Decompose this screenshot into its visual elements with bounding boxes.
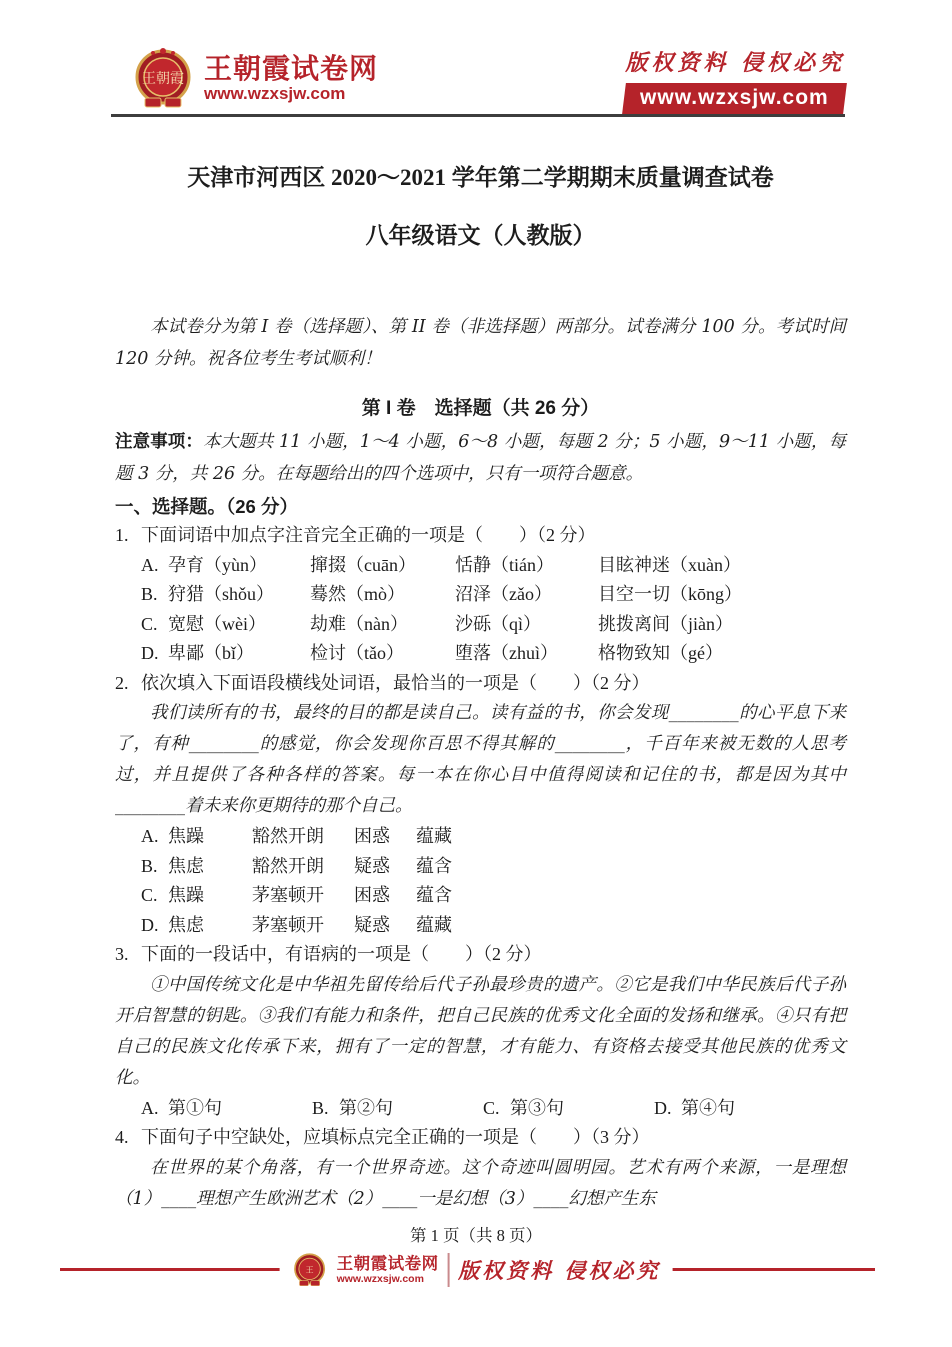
question-3-options: A. 第①句 B. 第②句 C. 第③句 D. 第④句 xyxy=(115,1094,846,1124)
question-3-stem-row: 3. 下面的一段话中，有语病的一项是（ ）（2 分） xyxy=(115,940,846,970)
option-row-a: A. 焦躁 豁然开朗 困惑 蕴藏 xyxy=(115,822,846,852)
option-row-b: B. 狩猎（shǒu） 蓦然（mò） 沼泽（zǎo） 目空一切（kōng） xyxy=(115,580,846,610)
footer-brand: 王 王朝霞试卷网 www.wzxsjw.com 版权资料 侵权必究 xyxy=(280,1246,673,1294)
option-cell: 目眩神迷（xuàn） xyxy=(598,551,846,581)
question-2-stem-row: 2. 依次填入下面语段横线处词语，最恰当的一项是（ ）（2 分） xyxy=(115,669,846,699)
option-cell: 沙砾（qì） xyxy=(455,610,598,640)
option-cell: 沼泽（zǎo） xyxy=(455,580,598,610)
option-row-b: B. 焦虑 豁然开朗 疑惑 蕴含 xyxy=(115,852,846,882)
option-row-d: D. 卑鄙（bǐ） 检讨（tǎo） 堕落（zhuì） 格物致知（gé） xyxy=(115,639,846,669)
option-cell: 焦虑 xyxy=(168,852,252,882)
option-row-d: D. 焦虑 茅塞顿开 疑惑 蕴藏 xyxy=(115,911,846,941)
option-label: B. xyxy=(312,1094,339,1124)
option-cell: 疑惑 xyxy=(354,852,416,882)
question-4: 4. 下面句子中空缺处，应填标点完全正确的一项是（ ）（3 分） 在世界的某个角… xyxy=(115,1123,846,1215)
question-3-passage: ①中国传统文化是中华祖先留传给后代子孙最珍贵的遗产。②它是我们中华民族后代子孙开… xyxy=(115,970,846,1094)
copyright-slogan: 版权资料 侵权必究 xyxy=(624,50,845,76)
option-a: A. 第①句 xyxy=(141,1094,312,1124)
question-number: 3. xyxy=(115,940,141,970)
option-label: C. xyxy=(483,1094,510,1124)
option-row-c: C. 宽慰（wèi） 劫难（nàn） 沙砾（qì） 挑拨离间（jiàn） xyxy=(115,610,846,640)
option-cell: 焦躁 xyxy=(168,822,252,852)
option-label: A. xyxy=(141,822,168,852)
option-cell: 撺掇（cuān） xyxy=(310,551,455,581)
option-text: 第④句 xyxy=(681,1094,735,1124)
question-number: 4. xyxy=(115,1123,141,1153)
notes-text: 本大题共 11 小题，1～4 小题，6～8 小题，每题 2 分；5 小题，9～1… xyxy=(115,432,846,484)
option-label: C. xyxy=(141,610,168,640)
option-text: 第①句 xyxy=(168,1094,222,1124)
option-cell: 孕育（yùn） xyxy=(168,551,310,581)
option-cell: 狩猎（shǒu） xyxy=(168,580,310,610)
svg-text:王朝霞: 王朝霞 xyxy=(142,70,184,87)
option-cell: 豁然开朗 xyxy=(252,852,354,882)
option-cell: 困惑 xyxy=(354,822,416,852)
section1-notes: 注意事项：本大题共 11 小题，1～4 小题，6～8 小题，每题 2 分；5 小… xyxy=(115,426,846,490)
question-stem: 下面句子中空缺处，应填标点完全正确的一项是（ ）（3 分） xyxy=(141,1123,846,1153)
brand-seal-icon: 王朝霞 xyxy=(131,46,195,112)
footer-site-name: 王朝霞试卷网 xyxy=(337,1255,439,1273)
option-b: B. 第②句 xyxy=(312,1094,483,1124)
footer-site-url: www.wzxsjw.com xyxy=(337,1273,439,1285)
option-label: D. xyxy=(141,911,168,941)
option-cell: 茅塞顿开 xyxy=(252,881,354,911)
option-text: 第②句 xyxy=(339,1094,393,1124)
option-row-a: A. 孕育（yùn） 撺掇（cuān） 恬静（tián） 目眩神迷（xuàn） xyxy=(115,551,846,581)
page-number: 第 1 页（共 8 页） xyxy=(0,1224,952,1248)
option-cell: 宽慰（wèi） xyxy=(168,610,310,640)
exam-intro: 本试卷分为第 I 卷（选择题）、第 II 卷（非选择题）两部分。试卷满分 100… xyxy=(115,311,846,375)
option-cell: 堕落（zhuì） xyxy=(455,639,598,669)
exam-content: 天津市河西区 2020～2021 学年第二学期期末质量调查试卷 八年级语文（人教… xyxy=(115,163,846,1215)
option-d: D. 第④句 xyxy=(654,1094,846,1124)
footer-brand-text: 王朝霞试卷网 www.wzxsjw.com xyxy=(337,1255,439,1285)
question-2-options: A. 焦躁 豁然开朗 困惑 蕴藏 B. 焦虑 豁然开朗 疑惑 蕴含 C. 焦躁 … xyxy=(115,822,846,940)
url-banner: www.wzxsjw.com xyxy=(622,83,846,114)
option-cell: 疑惑 xyxy=(354,911,416,941)
option-cell: 焦虑 xyxy=(168,911,252,941)
option-cell: 恬静（tián） xyxy=(455,551,598,581)
option-label: A. xyxy=(141,551,168,581)
exam-subtitle: 八年级语文（人教版） xyxy=(115,221,846,251)
option-cell: 挑拨离间（jiàn） xyxy=(598,610,846,640)
option-label: D. xyxy=(654,1094,681,1124)
part1-heading: 一、选择题。（26 分） xyxy=(115,492,846,521)
option-cell: 蓦然（mò） xyxy=(310,580,455,610)
question-4-passage: 在世界的某个角落，有一个世界奇迹。这个奇迹叫圆明园。艺术有两个来源，一是理想（1… xyxy=(115,1153,846,1215)
question-stem: 依次填入下面语段横线处词语，最恰当的一项是（ ）（2 分） xyxy=(141,669,846,699)
option-label: B. xyxy=(141,852,168,882)
footer-copyright-slogan: 版权资料 侵权必究 xyxy=(458,1255,660,1285)
section1-title: 第 I 卷 选择题（共 26 分） xyxy=(115,395,846,423)
question-4-stem-row: 4. 下面句子中空缺处，应填标点完全正确的一项是（ ）（3 分） xyxy=(115,1123,846,1153)
question-number: 2. xyxy=(115,669,141,699)
option-cell: 蕴藏 xyxy=(416,911,846,941)
option-label: A. xyxy=(141,1094,168,1124)
footer-divider xyxy=(448,1253,450,1287)
option-label: C. xyxy=(141,881,168,911)
question-3: 3. 下面的一段话中，有语病的一项是（ ）（2 分） ①中国传统文化是中华祖先留… xyxy=(115,940,846,1123)
option-row-c: C. 焦躁 茅塞顿开 困惑 蕴含 xyxy=(115,881,846,911)
brand-text: 王朝霞试卷网 www.wzxsjw.com xyxy=(204,54,378,104)
header-brand: 王朝霞 王朝霞试卷网 www.wzxsjw.com xyxy=(131,46,378,112)
option-c: C. 第③句 xyxy=(483,1094,654,1124)
option-label: B. xyxy=(141,580,168,610)
option-cell: 茅塞顿开 xyxy=(252,911,354,941)
option-cell: 检讨（tǎo） xyxy=(310,639,455,669)
option-cell: 卑鄙（bǐ） xyxy=(168,639,310,669)
question-stem: 下面词语中加点字注音完全正确的一项是（ ）（2 分） xyxy=(141,521,846,551)
option-cell: 焦躁 xyxy=(168,881,252,911)
option-cell: 蕴含 xyxy=(416,881,846,911)
exam-title: 天津市河西区 2020～2021 学年第二学期期末质量调查试卷 xyxy=(115,163,846,193)
exam-paper-page: 王朝霞 王朝霞试卷网 www.wzxsjw.com 版权资料 侵权必究 www.… xyxy=(0,0,952,1347)
question-number: 1. xyxy=(115,521,141,551)
question-1-stem-row: 1. 下面词语中加点字注音完全正确的一项是（ ）（2 分） xyxy=(115,521,846,551)
brand-site-url: www.wzxsjw.com xyxy=(204,84,378,104)
option-cell: 豁然开朗 xyxy=(252,822,354,852)
option-cell: 劫难（nàn） xyxy=(310,610,455,640)
header-right: 版权资料 侵权必究 www.wzxsjw.com xyxy=(624,50,845,114)
question-1: 1. 下面词语中加点字注音完全正确的一项是（ ）（2 分） A. 孕育（yùn）… xyxy=(115,521,846,669)
svg-text:王: 王 xyxy=(306,1265,314,1274)
option-cell: 蕴含 xyxy=(416,852,846,882)
option-cell: 格物致知（gé） xyxy=(598,639,846,669)
question-2-passage: 我们读所有的书，最终的目的都是读自己。读有益的书，你会发现________的心平… xyxy=(115,698,846,822)
option-text: 第③句 xyxy=(510,1094,564,1124)
notes-label: 注意事项： xyxy=(115,431,203,451)
question-stem: 下面的一段话中，有语病的一项是（ ）（2 分） xyxy=(141,940,846,970)
option-cell: 困惑 xyxy=(354,881,416,911)
question-2: 2. 依次填入下面语段横线处词语，最恰当的一项是（ ）（2 分） 我们读所有的书… xyxy=(115,669,846,941)
header-rule xyxy=(111,114,845,117)
option-cell: 目空一切（kōng） xyxy=(598,580,846,610)
footer-seal-icon: 王 xyxy=(292,1251,328,1289)
option-label: D. xyxy=(141,639,168,669)
brand-site-name: 王朝霞试卷网 xyxy=(204,54,378,84)
option-cell: 蕴藏 xyxy=(416,822,846,852)
url-banner-text: www.wzxsjw.com xyxy=(640,86,829,110)
question-1-options: A. 孕育（yùn） 撺掇（cuān） 恬静（tián） 目眩神迷（xuàn） … xyxy=(115,551,846,669)
